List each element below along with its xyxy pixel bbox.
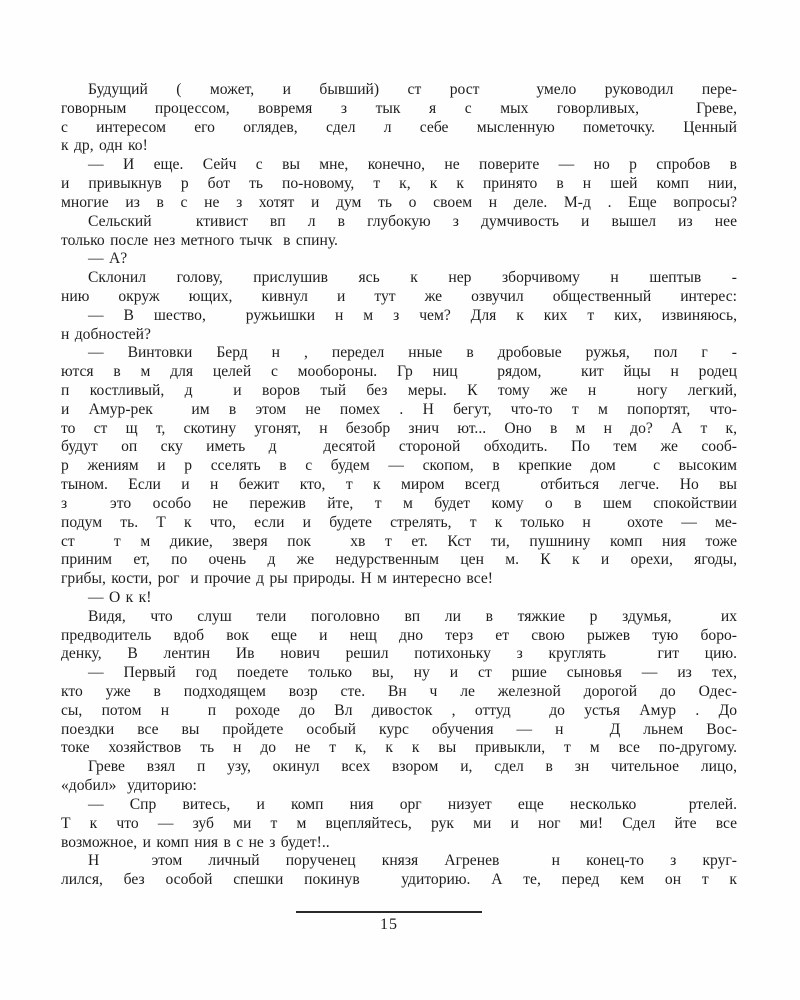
text-line: и Амур-рек им в этом не помех . Н бегут,… [61,401,737,420]
text-line: н добностей? [61,326,737,345]
text-line: п костливый, д и воров тый без меры. К т… [61,382,737,401]
text-line: Т к что — зуб ми т м вцепляйтесь, рук ми… [61,815,737,834]
text-line: будут оп ску иметь д десятой стороной об… [61,438,737,457]
page-number: 15 [51,916,727,934]
text-line: то ст щ т, скотину угонят, н безобр знич… [61,420,737,439]
page-footer: 15 [51,902,727,934]
text-line: Склонил голову, прислушив ясь к нер збор… [61,269,737,288]
text-line: и привыкнув р бот ть по-новому, т к, к к… [61,175,737,194]
text-line: токе хозяйствов ть н до не т к, к к вы п… [61,739,737,758]
text-line: ст т м дикие, зверя пок хв т ет. Кст ти,… [61,533,737,552]
footer-rule [296,911,482,913]
text-line: Видя, что слуш тели поголовно вп ли в тя… [61,608,737,627]
text-line: к др, одн ко! [61,137,737,156]
text-line: — Винтовки Берд н , передел нные в дробо… [61,344,737,363]
text-line: — В шество, ружьишки н м з чем? Для к ки… [61,307,737,326]
text-line: — Спр витесь, и комп ния орг низует еще … [61,796,737,815]
text-line: только после нез метного тычк в спину. [61,232,737,251]
text-line: тыном. Если и н бежит кто, т к миром все… [61,476,737,495]
text-line: Н этом личный порученец князя Агренев н … [61,852,737,871]
text-line: лился, без особой спешки покинув удитори… [61,871,737,890]
text-line: с интересом его оглядев, сдел л себе мыс… [61,119,737,138]
text-line: предводитель вдоб вок еще и нещ дно терз… [61,627,737,646]
text-line: подум ть. Т к что, если и будете стрелят… [61,514,737,533]
text-line: кто уже в подходящем возр сте. Вн ч ле ж… [61,683,737,702]
text-line: — А? [61,250,737,269]
text-line: приним ет, по очень д же недурственным ц… [61,551,737,570]
text-line: возможное, и комп ния в с не з будет!.. [61,834,737,853]
text-line: говорным процессом, вовремя з тык я с мы… [61,100,737,119]
text-line: поездки все вы пройдете особый курс обуч… [61,721,737,740]
text-line: — Первый год поедете только вы, ну и ст … [61,664,737,683]
text-line: Будущий ( может, и бывший) ст рост умело… [61,81,737,100]
text-line: Греве взял п узу, окинул всех взором и, … [61,758,737,777]
text-line: нию окруж ющих, кивнул и тут же озвучил … [61,288,737,307]
text-line: з это особо не пережив йте, т м будет ко… [61,495,737,514]
text-line: сы, потом н п роходе до Вл дивосток , от… [61,702,737,721]
text-line: грибы, кости, рог и прочие д ры природы.… [61,570,737,589]
book-page: Будущий ( может, и бывший) ст рост умело… [0,0,800,1000]
page-text: Будущий ( может, и бывший) ст рост умело… [61,81,737,890]
text-line: — И еще. Сейч с вы мне, конечно, не пове… [61,156,737,175]
text-line: «добил» удиторию: [61,777,737,796]
text-line: ются в м для целей с мообороны. Гр ниц р… [61,363,737,382]
text-line: многие из в с не з хотят и дум ть о свое… [61,194,737,213]
text-line: — О к к! [61,589,737,608]
text-line: денку, В лентин Ив нович решил потихоньк… [61,645,737,664]
text-line: р жениям и р сселять в с будем — скопом,… [61,457,737,476]
text-line: Сельский ктивист вп л в глубокую з думчи… [61,213,737,232]
